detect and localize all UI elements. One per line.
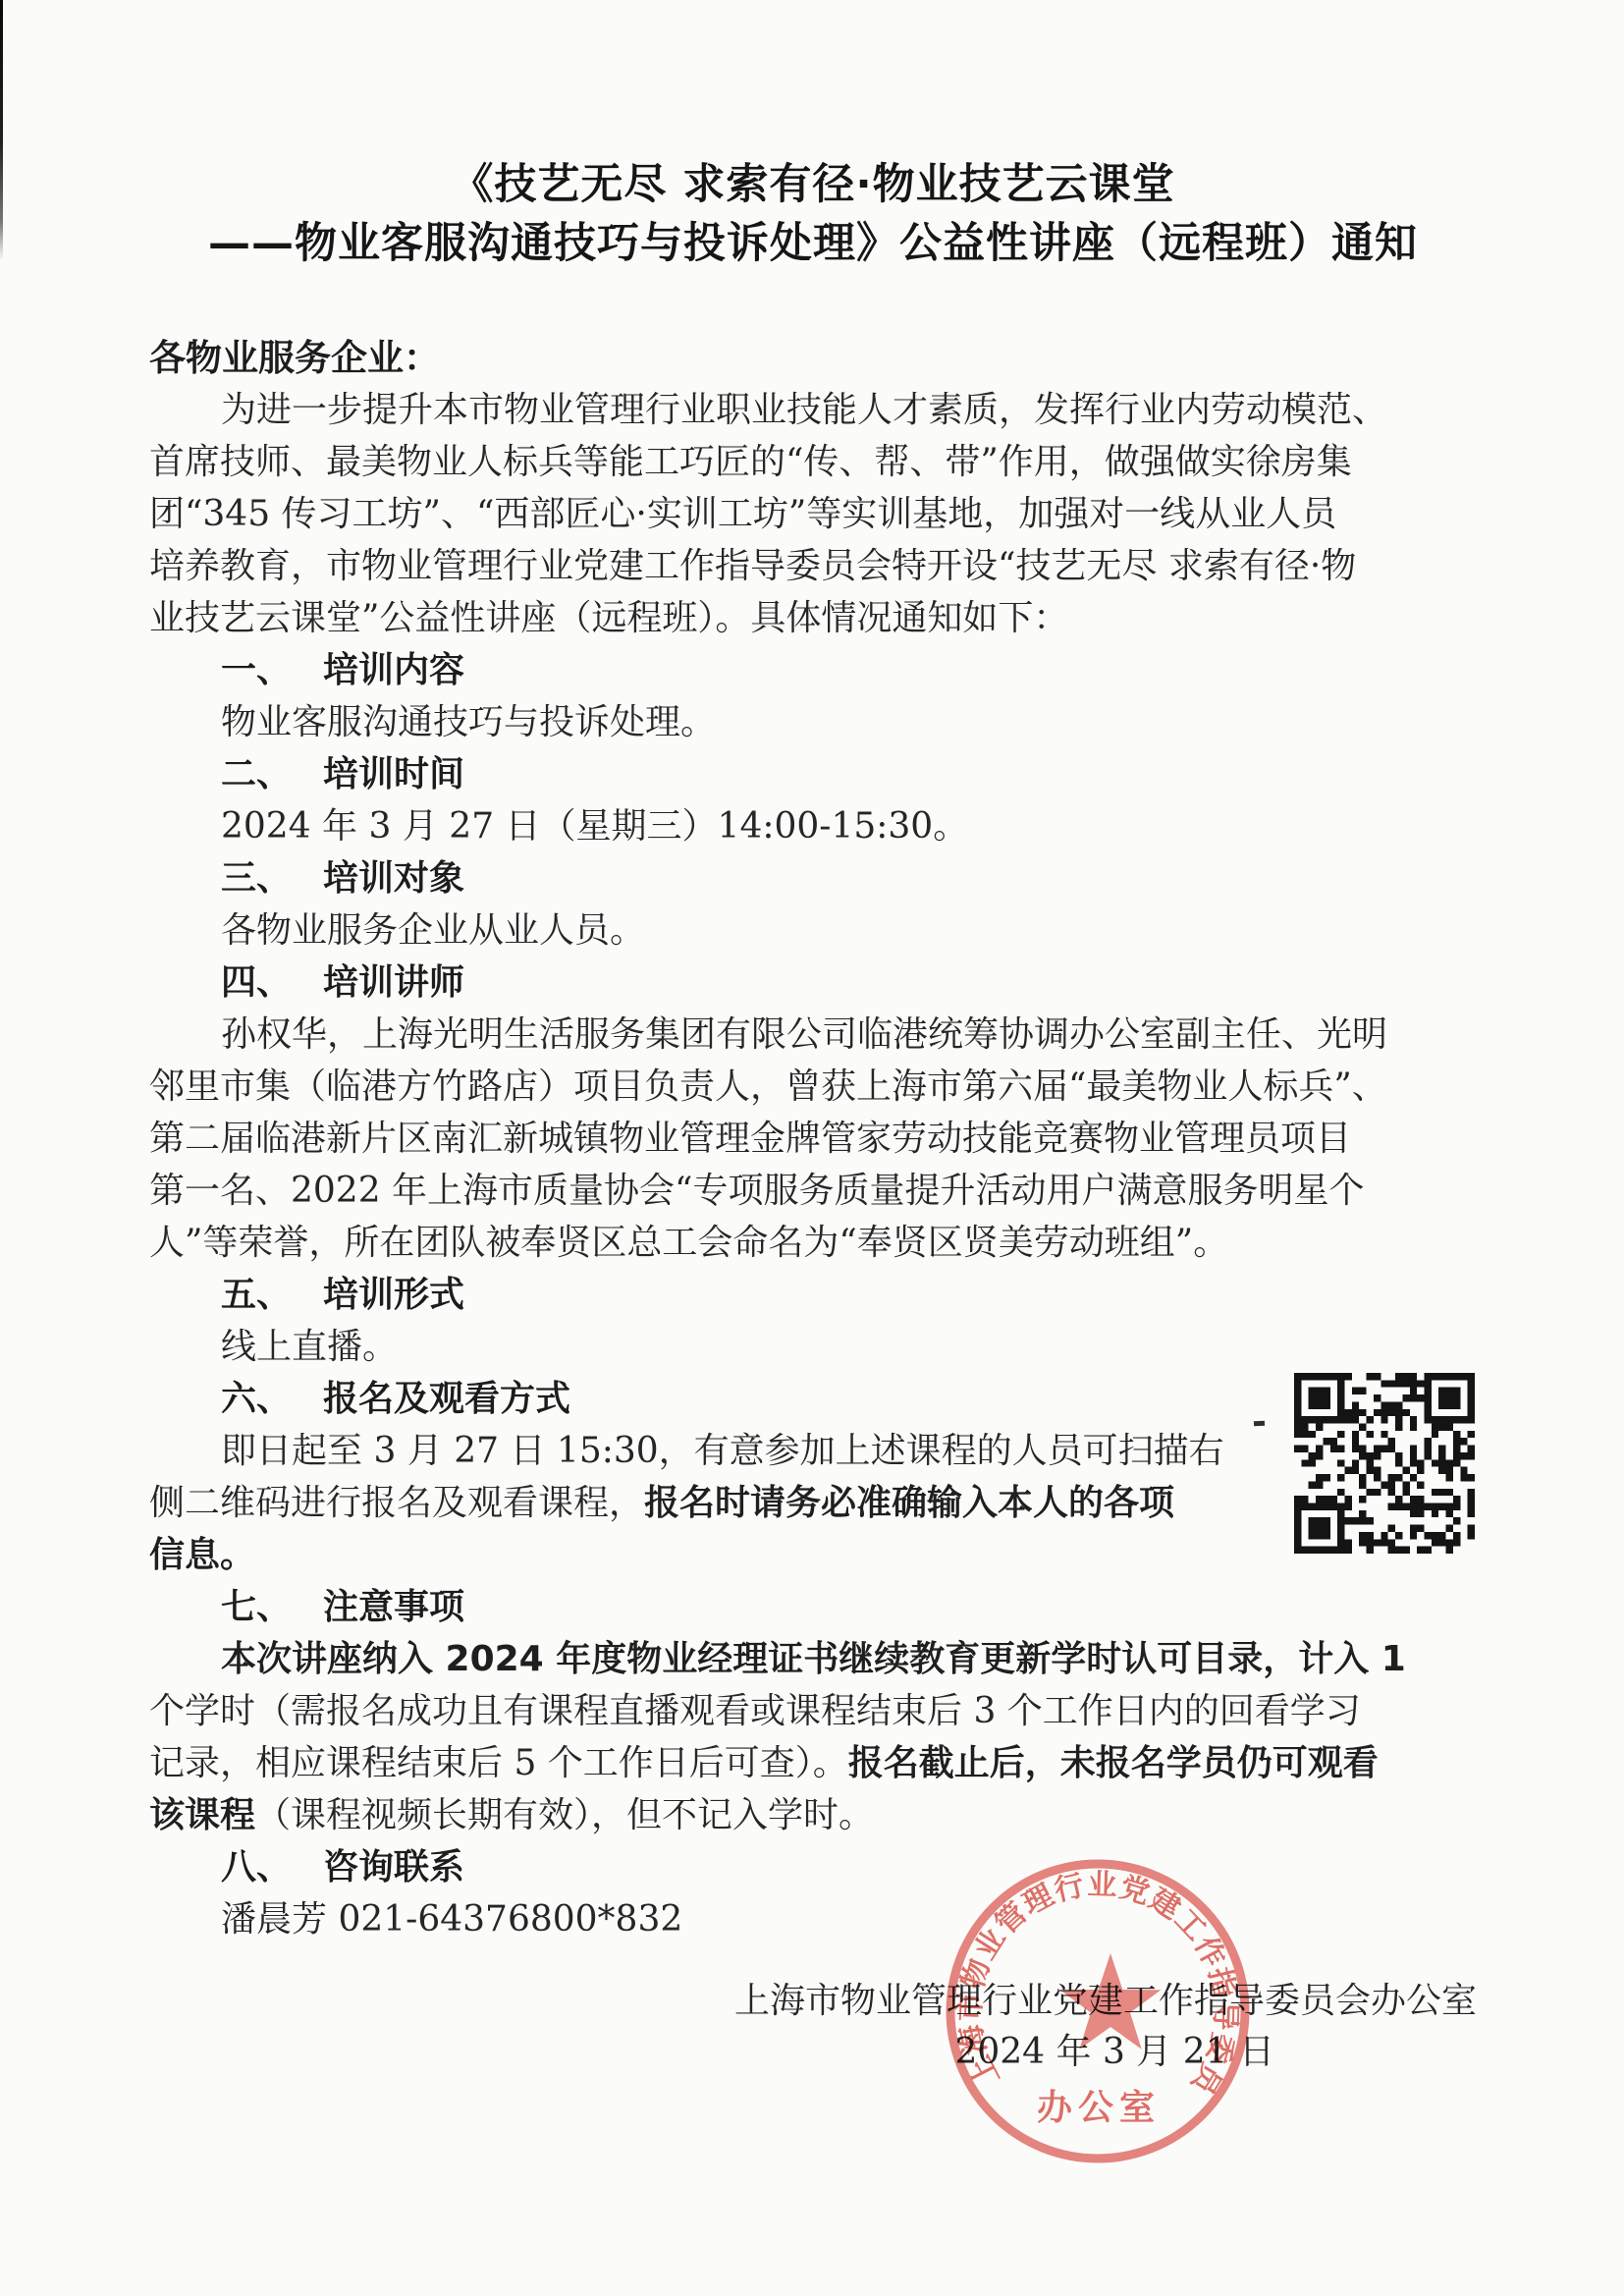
notice-title-line-2: ——物业客服沟通技巧与投诉处理》公益性讲座（远程班）通知 [149,214,1477,273]
text-line: 该课程（课程视频长期有效），但不记入学时。 [149,1789,1477,1841]
text-line: 本次讲座纳入 2024 年度物业经理证书继续教育更新学时认可目录，计入 1 [149,1633,1477,1685]
notice-title: 《技艺无尽 求索有径·物业技艺云课堂 ——物业客服沟通技巧与投诉处理》公益性讲座… [149,155,1477,273]
section-title: 培训形式 [323,1275,464,1315]
body-text: 孙权华，上海光明生活服务集团有限公司临港统筹协调办公室副主任、光明 [221,1014,1387,1055]
section-title: 培训对象 [323,858,464,899]
section-number: 八、 [221,1841,323,1893]
emphasis-text: 报名时请务必准确输入本人的各项 [644,1483,1174,1523]
section-number: 五、 [221,1269,323,1321]
section-number: 四、 [221,957,323,1009]
body-text: 团“345 传习工坊”、“西部匠心·实训工坊”等实训基地，加强对一线从业人员 [149,494,1336,534]
body-text: 培养教育，市物业管理行业党建工作指导委员会特开设“技艺无尽 求索有径·物 [149,546,1356,586]
section-title: 注意事项 [323,1587,464,1627]
text-line: 业技艺云课堂”公益性讲座（远程班）。具体情况通知如下： [149,592,1477,644]
section-title: 报名及观看方式 [323,1379,570,1419]
section-heading: 八、咨询联系 [149,1841,1477,1893]
text-line: 潘晨芳 021-64376800*832 [149,1893,1477,1945]
text-line: 第一名、2022 年上海市质量协会“专项服务质量提升活动用户满意服务明星个 [149,1165,1477,1217]
section-title: 培训时间 [323,754,464,794]
section-heading: 七、注意事项 [149,1581,1477,1633]
section-heading: 五、培训形式 [149,1269,1477,1321]
emphasis-text: 该课程 [149,1795,255,1835]
text-line: 各物业服务企业从业人员。 [149,904,1477,957]
text-line: 团“345 传习工坊”、“西部匠心·实训工坊”等实训基地，加强对一线从业人员 [149,488,1477,540]
body-text: 记录，相应课程结束后 5 个工作日后可查）。 [149,1743,848,1783]
text-line: 侧二维码进行报名及观看课程，报名时请务必准确输入本人的各项 [149,1477,1477,1529]
notice-title-line-1: 《技艺无尽 求索有径·物业技艺云课堂 [149,155,1477,214]
body-text: 业技艺云课堂”公益性讲座（远程班）。具体情况通知如下： [149,598,1068,638]
seal-ring-text: 上海市物业管理行业党建工作指导委员会 [939,1852,1242,2102]
section-heading: 四、培训讲师 [149,957,1477,1009]
body-text: 线上直播。 [221,1327,398,1367]
body-text: 邻里市集（临港方竹路店）项目负责人，曾获上海市第六届“最美物业人标兵”、 [149,1066,1387,1107]
scanned-notice-page: 《技艺无尽 求索有径·物业技艺云课堂 ——物业客服沟通技巧与投诉处理》公益性讲座… [0,0,1624,2296]
section-number: 七、 [221,1581,323,1633]
text-line: 物业客服沟通技巧与投诉处理。 [149,696,1477,748]
text-line: 2024 年 3 月 27 日（星期三）14:00-15:30。 [149,800,1477,852]
body-text: 即日起至 3 月 27 日 15:30，有意参加上述课程的人员可扫描右 [221,1431,1224,1471]
salutation: 各物业服务企业： [149,332,1477,384]
section-title: 咨询联系 [323,1847,464,1887]
issuing-office-signature: 上海市物业管理行业党建工作指导委员会办公室 [149,1976,1477,2027]
signature-block: 上海市物业管理行业党建工作指导委员会办公室 2024 年 3 月 21 日 [149,1976,1477,2078]
text-line: 即日起至 3 月 27 日 15:30，有意参加上述课程的人员可扫描右 [149,1425,1477,1477]
emphasis-text: 报名截止后，未报名学员仍可观看 [848,1743,1379,1783]
section-number: 一、 [221,644,323,696]
body-text: 第一名、2022 年上海市质量协会“专项服务质量提升活动用户满意服务明星个 [149,1171,1364,1211]
section-heading: 三、培训对象 [149,852,1477,904]
scanner-edge-artifact [0,0,3,260]
text-line: 邻里市集（临港方竹路店）项目负责人，曾获上海市第六届“最美物业人标兵”、 [149,1061,1477,1113]
body-text: 第二届临港新片区南汇新城镇物业管理金牌管家劳动技能竞赛物业管理员项目 [149,1119,1351,1159]
text-line: 人”等荣誉，所在团队被奉贤区总工会命名为“奉贤区贤美劳动班组”。 [149,1217,1477,1269]
registration-qr-code [1294,1373,1475,1554]
text-line: 培养教育，市物业管理行业党建工作指导委员会特开设“技艺无尽 求索有径·物 [149,540,1477,592]
emphasis-text: 信息。 [149,1535,255,1575]
text-line: 为进一步提升本市物业管理行业职业技能人才素质，发挥行业内劳动模范、 [149,384,1477,436]
section-heading: 六、报名及观看方式 [149,1373,1477,1425]
section-number: 二、 [221,748,323,800]
text-line: 首席技师、最美物业人标兵等能工巧匠的“传、帮、带”作用，做强做实徐房集 [149,436,1477,488]
body-text: 人”等荣誉，所在团队被奉贤区总工会命名为“奉贤区贤美劳动班组”。 [149,1223,1228,1263]
section-title: 培训内容 [323,650,464,690]
body-text: 2024 年 3 月 27 日（星期三）14:00-15:30。 [221,806,968,847]
body-text: 各物业服务企业从业人员。 [221,910,645,951]
section-number: 三、 [221,852,323,904]
section-heading: 二、培训时间 [149,748,1477,800]
body-text: 物业客服沟通技巧与投诉处理。 [221,702,716,742]
text-line: 孙权华，上海光明生活服务集团有限公司临港统筹协调办公室副主任、光明 [149,1009,1477,1061]
body-text: 首席技师、最美物业人标兵等能工巧匠的“传、帮、带”作用，做强做实徐房集 [149,442,1352,482]
emphasis-text: 本次讲座纳入 2024 年度物业经理证书继续教育更新学时认可目录，计入 1 [221,1639,1406,1679]
section-heading: 一、培训内容 [149,644,1477,696]
body-text: 各物业服务企业： [149,337,440,379]
text-line: 信息。 [149,1529,1477,1581]
official-seal-stamp: 上海市物业管理行业党建工作指导委员会 办公室 [939,1852,1257,2170]
text-line: 线上直播。 [149,1321,1477,1373]
document-body: 各物业服务企业：为进一步提升本市物业管理行业职业技能人才素质，发挥行业内劳动模范… [149,332,1477,1945]
issue-date: 2024 年 3 月 21 日 [149,2027,1477,2078]
body-text: （课程视频长期有效），但不记入学时。 [255,1795,874,1835]
body-text: 为进一步提升本市物业管理行业职业技能人才素质，发挥行业内劳动模范、 [221,390,1387,430]
svg-text:上海市物业管理行业党建工作指导委员会: 上海市物业管理行业党建工作指导委员会 [939,1852,1242,2102]
text-line: 第二届临港新片区南汇新城镇物业管理金牌管家劳动技能竞赛物业管理员项目 [149,1113,1477,1165]
section-title: 培训讲师 [323,962,464,1003]
seal-star-icon [1060,1953,1162,2050]
body-text: 侧二维码进行报名及观看课程， [149,1483,644,1523]
section-number: 六、 [221,1373,323,1425]
text-line: 记录，相应课程结束后 5 个工作日后可查）。报名截止后，未报名学员仍可观看 [149,1737,1477,1789]
body-text: 个学时（需报名成功且有课程直播观看或课程结束后 3 个工作日内的回看学习 [149,1691,1361,1731]
body-text: 潘晨芳 021-64376800*832 [221,1899,682,1940]
seal-office-text: 办公室 [1037,2088,1161,2128]
text-line: 个学时（需报名成功且有课程直播观看或课程结束后 3 个工作日内的回看学习 [149,1685,1477,1737]
